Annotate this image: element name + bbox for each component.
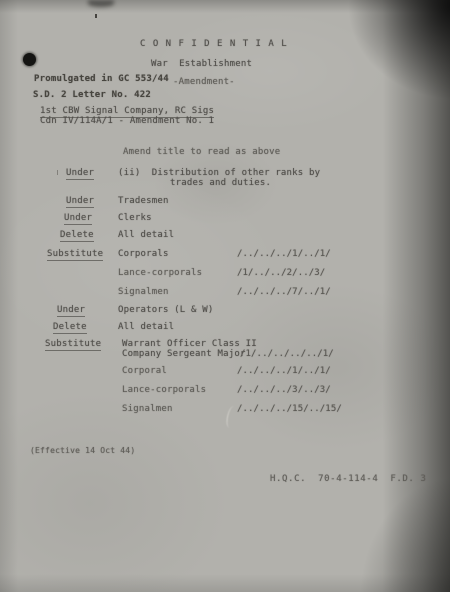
row-text-continued: trades and duties. <box>170 178 271 189</box>
row-label: Delete <box>60 230 94 241</box>
row-text: Lance-corporals <box>118 268 202 279</box>
establishment-reference: Cdn IV/114A/1 - Amendment No. 1 <box>40 116 214 127</box>
row-label: Delete <box>53 322 87 333</box>
row-text: Clerks <box>118 213 152 224</box>
row-text: Corporal <box>122 366 167 377</box>
row-text: Lance-corporals <box>122 385 206 396</box>
row-text: Company Sergeant Major <box>122 349 246 360</box>
row-label: Under <box>64 213 92 224</box>
punch-hole-mark <box>23 53 36 66</box>
scan-smudge <box>88 0 114 7</box>
amendment-row: Signalmen /../../../15/../15/ <box>0 404 450 416</box>
file-reference: H.Q.C. 70-4-114-4 F.D. 3 <box>270 474 426 485</box>
amend-instruction: Amend title to read as above <box>123 147 280 158</box>
row-figures: /../../../1/../1/ <box>237 366 331 377</box>
classification-stamp: C O N F I D E N T I A L <box>140 39 288 50</box>
amendment-row: Under Operators (L & W) <box>0 305 450 317</box>
row-text: All detail <box>118 230 174 241</box>
row-text: Signalmen <box>118 287 169 298</box>
amendment-row: Under Tradesmen <box>0 196 450 208</box>
amendment-note: -Amendment- <box>173 77 235 88</box>
row-text: Corporals <box>118 249 169 260</box>
amendment-row: Under Clerks <box>0 213 450 225</box>
row-label: Under <box>57 305 85 316</box>
row-text: Tradesmen <box>118 196 169 207</box>
amendment-row: Company Sergeant Major /1/../../../../1/ <box>0 349 450 361</box>
amendment-row: Lance-corporals /../../../3/../3/ <box>0 385 450 397</box>
row-figures: /../../../7/../1/ <box>237 287 331 298</box>
pen-marks <box>95 14 97 18</box>
row-label: Under <box>66 168 94 179</box>
row-figures: /../../../3/../3/ <box>237 385 331 396</box>
amendment-row: Substitute Corporals /../../../1/../1/ <box>0 249 450 261</box>
letter-number: S.D. 2 Letter No. 422 <box>33 90 151 101</box>
row-figures: /../../../15/../15/ <box>237 404 342 415</box>
row-text: Signalmen <box>122 404 173 415</box>
effective-date: (Effective 14 Oct 44) <box>30 445 135 456</box>
row-figures: /../../../1/../1/ <box>237 249 331 260</box>
amendment-row: Lance-corporals /1/../../2/../3/ <box>0 268 450 280</box>
amendment-row: Corporal /../../../1/../1/ <box>0 366 450 378</box>
row-label: Substitute <box>47 249 103 260</box>
promulgation-line: Promulgated in GC 553/44 <box>34 74 169 85</box>
amendment-row: Delete All detail <box>0 230 450 242</box>
doc-type-heading: War Establishment <box>151 59 252 70</box>
row-label: Under <box>66 196 94 207</box>
row-figures: /1/../../../../1/ <box>240 349 334 360</box>
row-text: Operators (L & W) <box>118 305 214 316</box>
row-figures: /1/../../2/../3/ <box>237 268 325 279</box>
row-text: All detail <box>118 322 174 333</box>
amendment-row: Delete All detail <box>0 322 450 334</box>
amendment-row: Signalmen /../../../7/../1/ <box>0 287 450 299</box>
